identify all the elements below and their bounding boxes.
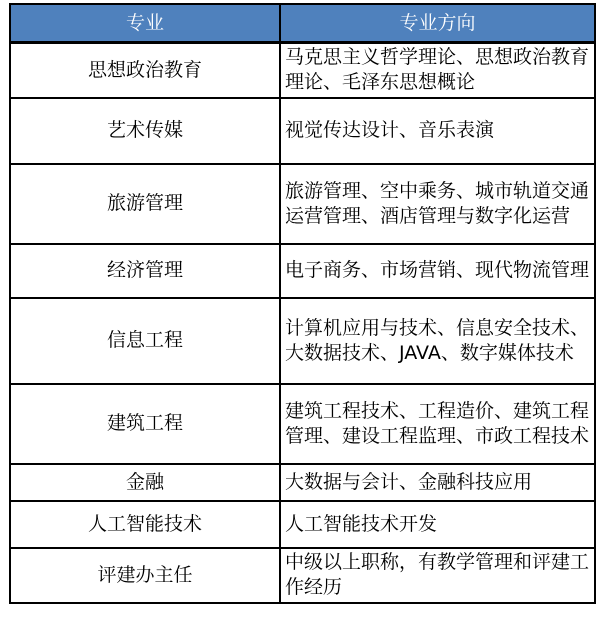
table-row: 评建办主任 中级以上职称，有教学管理和评建工作经历 — [10, 548, 595, 603]
table-row: 经济管理 电子商务、市场营销、现代物流管理 — [10, 244, 595, 298]
major-cell: 建筑工程 — [10, 384, 280, 464]
major-cell: 艺术传媒 — [10, 98, 280, 164]
direction-cell: 计算机应用与技术、信息安全技术、大数据技术、JAVA、数字媒体技术 — [280, 298, 595, 384]
table-row: 思想政治教育 马克思主义哲学理论、思想政治教育理论、毛泽东思想概论 — [10, 43, 595, 98]
major-cell: 经济管理 — [10, 244, 280, 298]
recruitment-table-container: 专业 专业方向 思想政治教育 马克思主义哲学理论、思想政治教育理论、毛泽东思想概… — [9, 3, 596, 604]
table-header-row: 专业 专业方向 — [10, 4, 595, 43]
direction-cell: 旅游管理、空中乘务、城市轨道交通运营管理、酒店管理与数字化运营 — [280, 164, 595, 244]
table-row: 建筑工程 建筑工程技术、工程造价、建筑工程管理、建设工程监理、市政工程技术 — [10, 384, 595, 464]
direction-cell: 电子商务、市场营销、现代物流管理 — [280, 244, 595, 298]
major-cell: 思想政治教育 — [10, 43, 280, 98]
table-row: 金融 大数据与会计、金融科技应用 — [10, 464, 595, 501]
direction-cell: 大数据与会计、金融科技应用 — [280, 464, 595, 501]
major-cell: 评建办主任 — [10, 548, 280, 603]
major-direction-table: 专业 专业方向 思想政治教育 马克思主义哲学理论、思想政治教育理论、毛泽东思想概… — [9, 3, 596, 604]
direction-cell: 马克思主义哲学理论、思想政治教育理论、毛泽东思想概论 — [280, 43, 595, 98]
major-cell: 信息工程 — [10, 298, 280, 384]
table-row: 艺术传媒 视觉传达设计、音乐表演 — [10, 98, 595, 164]
direction-cell: 中级以上职称，有教学管理和评建工作经历 — [280, 548, 595, 603]
header-direction: 专业方向 — [280, 4, 595, 43]
direction-cell: 建筑工程技术、工程造价、建筑工程管理、建设工程监理、市政工程技术 — [280, 384, 595, 464]
major-cell: 人工智能技术 — [10, 501, 280, 548]
direction-cell: 视觉传达设计、音乐表演 — [280, 98, 595, 164]
direction-cell: 人工智能技术开发 — [280, 501, 595, 548]
table-row: 旅游管理 旅游管理、空中乘务、城市轨道交通运营管理、酒店管理与数字化运营 — [10, 164, 595, 244]
major-cell: 金融 — [10, 464, 280, 501]
header-major: 专业 — [10, 4, 280, 43]
table-row: 信息工程 计算机应用与技术、信息安全技术、大数据技术、JAVA、数字媒体技术 — [10, 298, 595, 384]
major-cell: 旅游管理 — [10, 164, 280, 244]
table-row: 人工智能技术 人工智能技术开发 — [10, 501, 595, 548]
